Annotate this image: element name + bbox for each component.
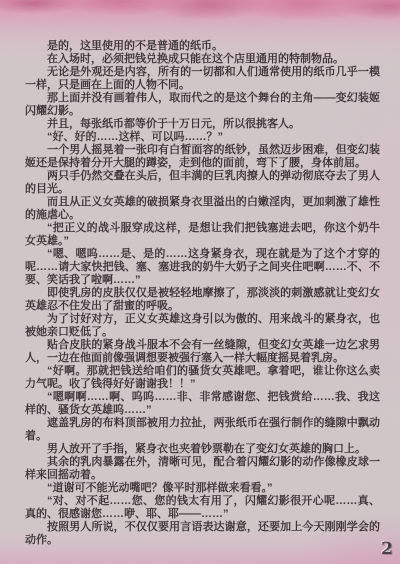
text-content: 是的，这里使用的不是普通的纸币。在入场时，必须把钱兑换成只能在这个店里通用的特制… [25,40,380,547]
paragraph: 一个男人摇晃着一张印有白皙面容的纸钞，虽然迈步困难，但变幻装姬还是保持着分开大腿… [25,144,380,170]
page-number: 2 [381,539,393,559]
paragraph: 是的，这里使用的不是普通的纸币。 [25,40,380,53]
paragraph: 为了讨好对方，正义女英雄这身引以为傲的、用来战斗的紧身衣，也被她亲口贬低了。 [25,313,380,339]
paragraph: 在入场时，必须把钱兑换成只能在这个店里通用的特制物品。 [25,53,380,66]
novel-text-page: 是的，这里使用的不是普通的纸币。在入场时，必须把钱兑换成只能在这个店里通用的特制… [0,0,400,564]
paragraph: 那上面并没有画着伟人，取而代之的是这个舞台的主角——变幻装姬闪耀幻影。 [25,92,380,118]
paragraph: 男人放开了手指，紧身衣也夹着钞票勒在了变幻女英雄的胸口上。 [25,443,380,456]
paragraph: 并且，每张纸币都等价于十万日元，所以很挑客人。 [25,118,380,131]
paragraph: “嗯、嗯呜……是、是的……这身紧身衣，现在就是为了这个才穿的呢……请大家快把钱、… [25,248,380,287]
paragraph: 两只手仍然交叠在头后，但丰满的巨乳肉撩人的弹动彻底夺去了男人的目光。 [25,170,380,196]
paragraph: “对、对不起……您、您的钱太有用了，闪耀幻影很开心呢……真、真的、很感谢您……咿… [25,495,380,521]
paragraph: “嗯啊啊……啊、呜呜……非、非常感谢您、把钱赏给……我、我这样的、骚货女英雄呜…… [25,391,380,417]
paragraph: 遮盖乳房的布料顶部被用力拉扯，两张纸币在强行制作的缝隙中飘动着。 [25,417,380,443]
paragraph: 而且从正义女英雄的破损紧身衣里溢出的白嫩淫肉，更加刺激了雄性的施虐心。 [25,196,380,222]
paragraph: 即使乳房的皮肤仅仅是被轻轻地摩擦了，那淡淡的刺激感就让变幻女英雄忍不住发出了甜蜜… [25,287,380,313]
paragraph: “把正义的战斗服穿成这样，是想让我们把钱塞进去吧，你这个奶牛女英雄。” [25,222,380,248]
paragraph: 按照男人所说，不仅仅要用言语表达谢意，还要加上今天刚刚学会的动作。 [25,521,380,547]
paragraph: “好、好的……这样、可以吗……？” [25,131,380,144]
paragraph: 其余的乳肉暴露在外，清晰可见，配合着闪耀幻影的动作像橡皮球一样来回摇动着。 [25,456,380,482]
paragraph: 贴合皮肤的紧身战斗服本不会有一丝缝隙，但变幻女英雄一边乞求男人，一边在他面前像强… [25,339,380,365]
paragraph: “好啊。那就把钱送给咱们的骚货女英雄吧。拿着吧，谁让你这么卖力气呢。收了钱得好好… [25,365,380,391]
paragraph: “道谢可不能光动嘴吧？像平时那样做来看看。” [25,482,380,495]
paragraph: 无论是外观还是内容，所有的一切都和人们通常使用的纸币几乎一模一样，只是画在上面的… [25,66,380,92]
